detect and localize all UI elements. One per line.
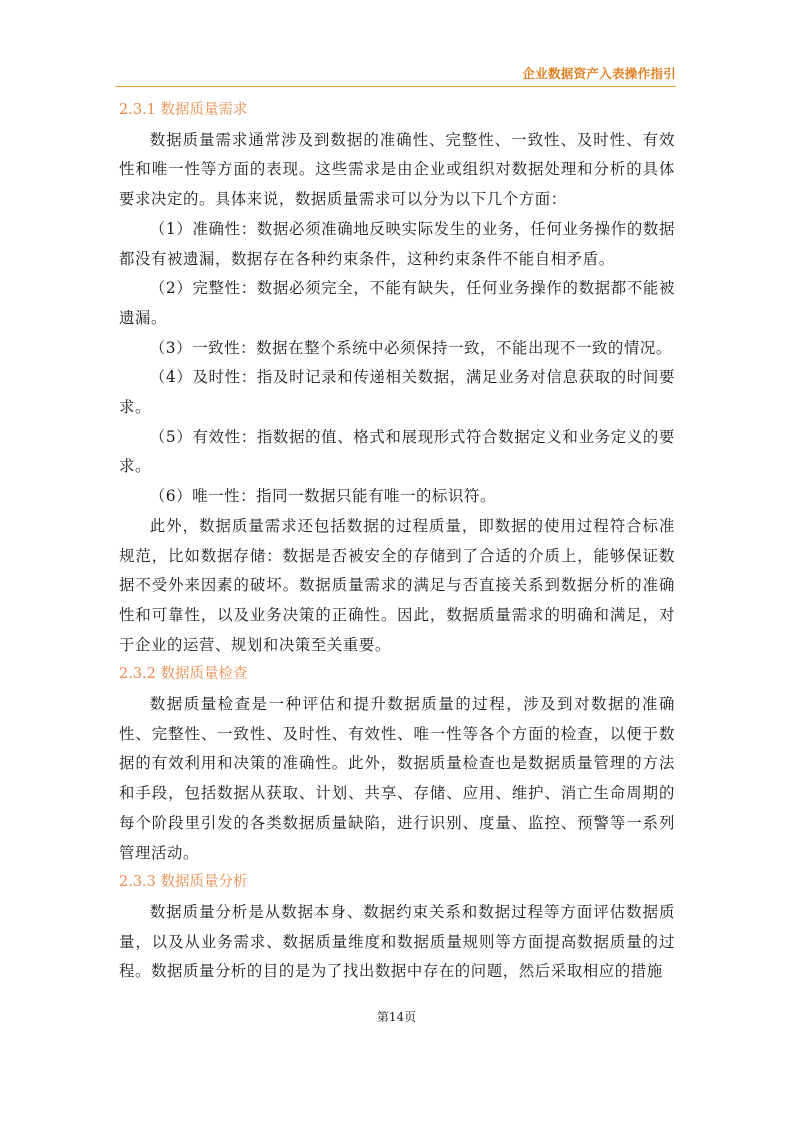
paragraph-intro: 数据质量需求通常涉及到数据的准确性、完整性、一致性、及时性、有效性和唯一性等方面… <box>119 126 675 215</box>
running-header: 企业数据资产入表操作指引 <box>115 64 676 86</box>
section-heading-2-3-1: 2.3.1 数据质量需求 <box>119 96 675 126</box>
paragraph-quality-check: 数据质量检查是一种评估和提升数据质量的过程，涉及到对数据的准确性、完整性、一致性… <box>119 690 675 868</box>
list-item-validity: （5）有效性：指数据的值、格式和展现形式符合数据定义和业务定义的要求。 <box>119 423 675 482</box>
document-page: 企业数据资产入表操作指引 2.3.1 数据质量需求 数据质量需求通常涉及到数据的… <box>0 0 793 1122</box>
paragraph-quality-analysis: 数据质量分析是从数据本身、数据约束关系和数据过程等方面评估数据质量，以及从业务需… <box>119 898 675 987</box>
list-item-uniqueness: （6）唯一性：指同一数据只能有唯一的标识符。 <box>119 482 675 512</box>
page-number: 第14页 <box>0 1008 793 1025</box>
list-item-timeliness: （4）及时性：指及时记录和传递相关数据，满足业务对信息获取的时间要求。 <box>119 363 675 422</box>
list-item-consistency: （3）一致性：数据在整个系统中必须保持一致，不能出现不一致的情况。 <box>119 334 675 364</box>
section-heading-2-3-3: 2.3.3 数据质量分析 <box>119 868 675 898</box>
paragraph-process-quality: 此外，数据质量需求还包括数据的过程质量，即数据的使用过程符合标准规范，比如数据存… <box>119 512 675 661</box>
page-content: 2.3.1 数据质量需求 数据质量需求通常涉及到数据的准确性、完整性、一致性、及… <box>119 96 675 987</box>
header-divider <box>115 86 676 87</box>
list-item-completeness: （2）完整性：数据必须完全，不能有缺失，任何业务操作的数据都不能被遗漏。 <box>119 274 675 333</box>
section-heading-2-3-2: 2.3.2 数据质量检查 <box>119 660 675 690</box>
list-item-accuracy: （1）准确性：数据必须准确地反映实际发生的业务，任何业务操作的数据都没有被遗漏，… <box>119 215 675 274</box>
